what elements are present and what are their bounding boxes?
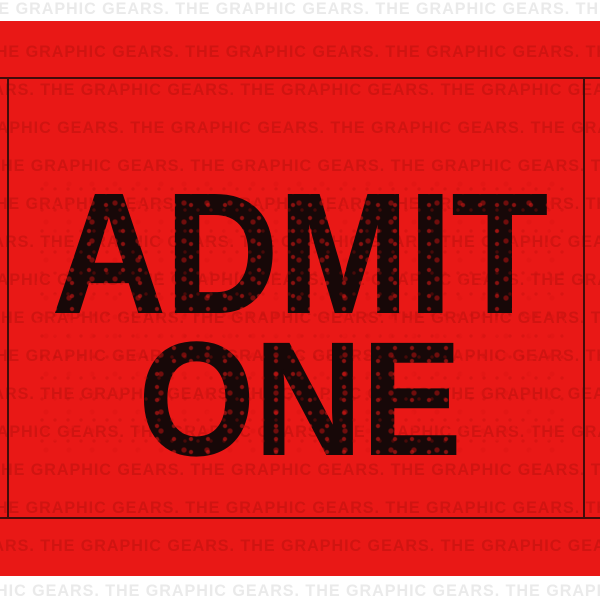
watermark-row-top: THE GRAPHIC GEARS. THE GRAPHIC GEARS. TH…: [0, 0, 600, 19]
frame-border-right-line: [583, 77, 585, 519]
watermark-row: THE GRAPHIC GEARS. THE GRAPHIC GEARS. TH…: [0, 42, 600, 62]
frame-border-bottom-line: [0, 517, 600, 519]
watermark-row: THE GRAPHIC GEARS. THE GRAPHIC GEARS. TH…: [0, 536, 600, 556]
one-text: ONE: [21, 319, 579, 479]
watermark-row: THE GRAPHIC GEARS. THE GRAPHIC GEARS. TH…: [0, 498, 600, 518]
watermark-row: THE GRAPHIC GEARS. THE GRAPHIC GEARS. TH…: [0, 118, 600, 138]
frame-border-left-line: [7, 77, 9, 519]
watermark-row-bottom: THE GRAPHIC GEARS. THE GRAPHIC GEARS. TH…: [0, 581, 600, 600]
frame-border-top-line: [0, 77, 600, 79]
watermark-row: THE GRAPHIC GEARS. THE GRAPHIC GEARS. TH…: [0, 80, 600, 100]
admit-one-ticket-graphic: THE GRAPHIC GEARS. THE GRAPHIC GEARS. TH…: [0, 0, 600, 600]
